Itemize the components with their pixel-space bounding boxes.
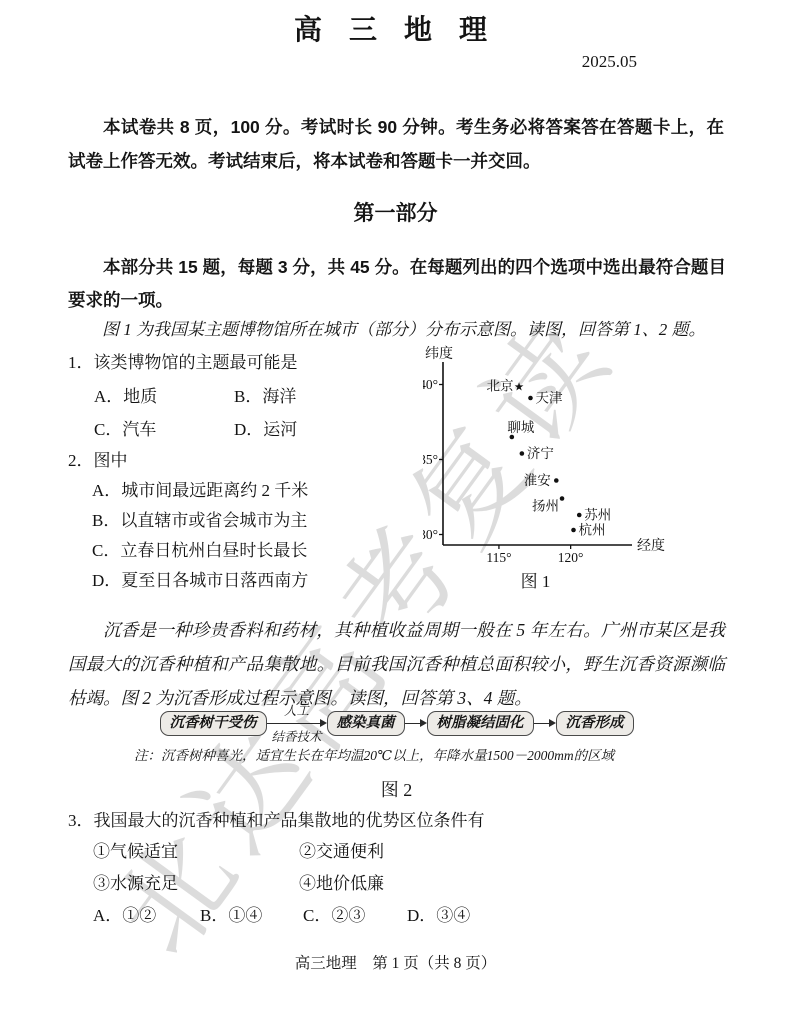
flow-step-2: 感染真菌 — [327, 711, 405, 736]
arrow-icon — [267, 723, 322, 725]
question-1-stem-text: 该类博物馆的主题最可能是 — [94, 353, 298, 372]
flow-arrow-3 — [534, 712, 556, 736]
city-dot-icon — [577, 513, 582, 518]
figure2-caption: 图 2 — [68, 776, 725, 802]
figure2-note: 注：沉香树种喜光，适宜生长在年均温20℃以上，年降水量1500－2000mm的区… — [134, 747, 694, 765]
option-1d: D．运河 — [234, 415, 297, 444]
arrow-icon — [534, 723, 551, 725]
question-1-options-row-2: C．汽车 D．运河 — [68, 415, 428, 444]
exam-page: 北达高考复读 高 三 地 理 2025.05 本试卷共 8 页，100 分。考试… — [0, 0, 791, 1024]
city-dot-icon — [571, 528, 576, 533]
flow-step-1: 沉香树干受伤 — [160, 711, 267, 736]
y-tick-label: 30° — [423, 527, 438, 542]
city-label: 苏州 — [584, 507, 611, 523]
city-label: 北京 — [487, 379, 514, 394]
city-label: 天津 — [535, 391, 563, 406]
item-2: ②交通便利 — [299, 836, 384, 868]
flow-step-3: 树脂凝结固化 — [427, 711, 534, 736]
item-3: ③水源充足 — [93, 868, 299, 900]
question-2-number: 2． — [68, 451, 94, 470]
flow-step-4: 沉香形成 — [556, 711, 634, 736]
question-3-number: 3． — [68, 811, 94, 830]
flow-arrow-label-bottom: 结香技术 — [267, 731, 327, 744]
question-3-items-row-2: ③水源充足 ④地价低廉 — [68, 868, 728, 900]
page-title: 高 三 地 理 — [0, 8, 791, 48]
option-3b: B．①④ — [200, 902, 303, 930]
question-2-stem-text: 图中 — [94, 451, 128, 470]
city-label: 济宁 — [527, 445, 554, 461]
city-label: 扬州 — [532, 498, 559, 514]
section1-instructions: 本部分共 15 题，每题 3 分，共 45 分。在每题列出的四个选项中选出最符合… — [68, 251, 726, 317]
x-axis-title: 经度 — [637, 537, 665, 554]
question-1: 1．该类博物馆的主题最可能是 A．地质 B．海洋 C．汽车 D．运河 — [68, 348, 428, 444]
question-3-stem-text: 我国最大的沉香种植和产品集散地的优势区位条件有 — [94, 811, 485, 830]
arrow-icon — [405, 723, 422, 725]
city-dot-icon — [510, 435, 515, 440]
question-3-stem: 3．我国最大的沉香种植和产品集散地的优势区位条件有 — [68, 806, 728, 836]
option-1c: C．汽车 — [94, 415, 234, 444]
city-dot-icon — [560, 496, 565, 501]
x-tick-label: 120° — [558, 550, 584, 565]
flow-arrow-2 — [405, 712, 427, 736]
question-1-stem: 1．该类博物馆的主题最可能是 — [68, 348, 428, 378]
option-2c: C．立春日杭州白昼时长最长 — [68, 536, 446, 566]
option-3d: D．③④ — [407, 902, 470, 930]
option-1a: A．地质 — [94, 382, 234, 411]
section1-heading: 第一部分 — [0, 197, 791, 227]
option-1b: B．海洋 — [234, 382, 296, 411]
y-tick-label: 40° — [423, 377, 438, 392]
figure1-scatter-chart: 纬度经度40°35°30°115°120°★北京天津聊城济宁淮安扬州苏州杭州 图… — [423, 345, 673, 592]
option-3c: C．②③ — [303, 902, 407, 930]
stimulus-figure2: 沉香是一种珍贵香料和药材，其种植收益周期一般在 5 年左右。广州市某区是我国最大… — [68, 613, 725, 715]
city-label: 杭州 — [579, 522, 606, 538]
page-footer: 高三地理 第 1 页（共 8 页） — [0, 951, 791, 973]
question-3-options-row: A．①② B．①④ C．②③ D．③④ — [68, 902, 728, 930]
option-2d: D．夏至日各城市日落西南方 — [68, 566, 446, 596]
item-4: ④地价低廉 — [299, 868, 384, 900]
option-2a: A．城市间最远距离约 2 千米 — [68, 476, 446, 506]
item-1: ①气候适宜 — [93, 836, 299, 868]
question-2-stem: 2．图中 — [68, 446, 446, 476]
question-3: 3．我国最大的沉香种植和产品集散地的优势区位条件有 ①气候适宜 ②交通便利 ③水… — [68, 806, 728, 930]
city-label: 聊城 — [507, 420, 534, 435]
figure2-flowchart: 沉香树干受伤 人工 结香技术 感染真菌 树脂凝结固化 沉香形成 — [68, 711, 725, 736]
flow-arrow-label-top: 人工 — [267, 705, 327, 718]
question-2: 2．图中 A．城市间最远距离约 2 千米 B．以直辖市或省会城市为主 C．立春日… — [68, 446, 446, 596]
star-marker-icon: ★ — [514, 382, 524, 394]
stimulus-figure1: 图 1 为我国某主题博物馆所在城市（部分）分布示意图。读图，回答第 1、2 题。 — [68, 317, 726, 343]
city-dot-icon — [528, 396, 533, 401]
city-label: 淮安 — [524, 473, 552, 488]
city-dot-icon — [520, 451, 525, 456]
exam-date: 2025.05 — [0, 52, 637, 72]
y-tick-label: 35° — [423, 452, 438, 467]
option-2b: B．以直辖市或省会城市为主 — [68, 506, 446, 536]
figure1-plot: 纬度经度40°35°30°115°120°★北京天津聊城济宁淮安扬州苏州杭州 — [423, 345, 673, 567]
flow-arrow-1: 人工 结香技术 — [267, 712, 327, 736]
question-1-options-row-1: A．地质 B．海洋 — [68, 382, 428, 411]
exam-instructions: 本试卷共 8 页，100 分。考试时长 90 分钟。考生务必将答案答在答题卡上，… — [68, 110, 724, 178]
option-3a: A．①② — [93, 902, 200, 930]
question-3-items-row-1: ①气候适宜 ②交通便利 — [68, 836, 728, 868]
city-dot-icon — [554, 478, 559, 483]
figure1-caption: 图 1 — [443, 567, 628, 592]
x-tick-label: 115° — [486, 550, 511, 565]
y-axis-title: 纬度 — [425, 345, 453, 362]
question-1-number: 1． — [68, 353, 94, 372]
